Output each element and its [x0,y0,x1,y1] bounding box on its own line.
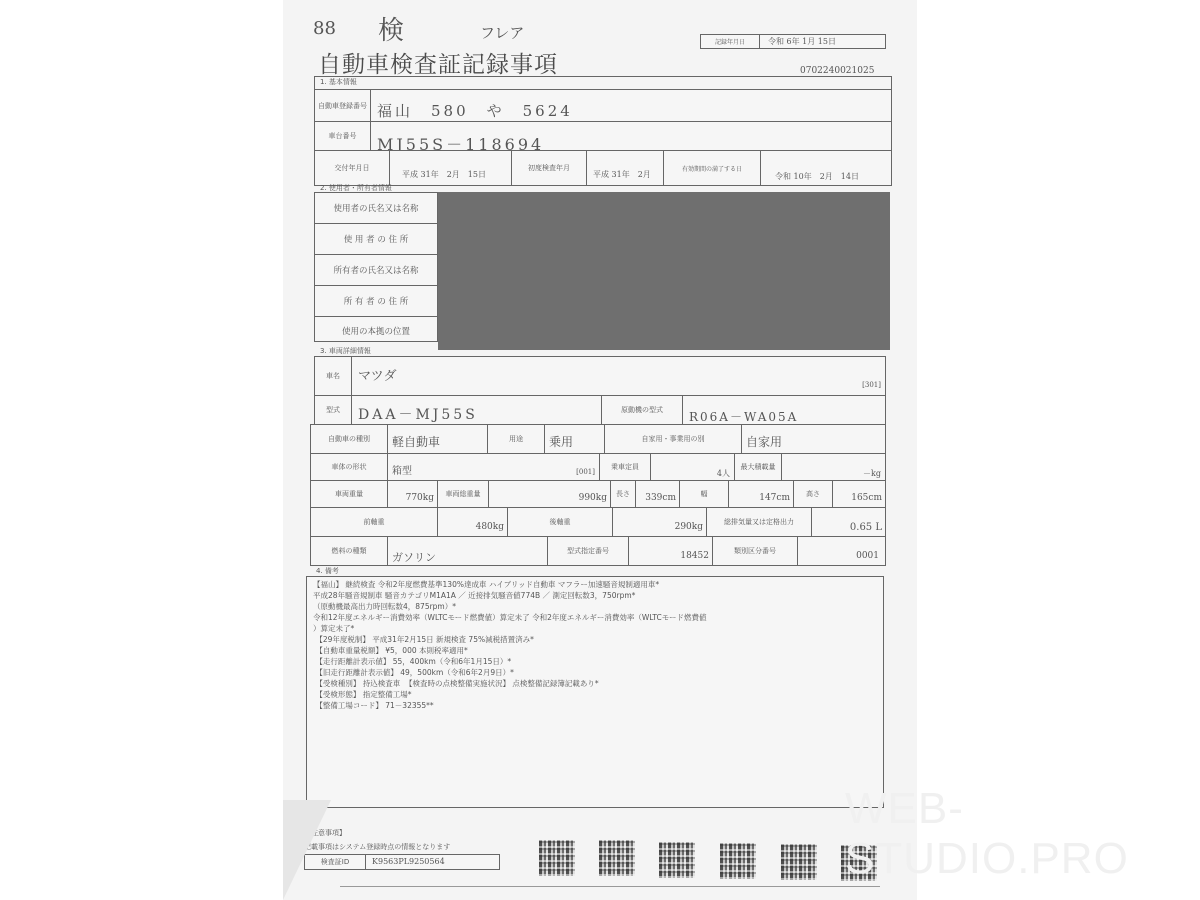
body-shape-code: [001] [576,468,595,476]
max-load-label: 最大積載量 [735,454,782,480]
type-approval-label: 型式指定番号 [548,537,629,565]
height-value: 165cm [833,481,885,507]
owner-name-label: 所有者の氏名又は名称 [315,255,437,286]
vehicle-kind-value: 軽自動車 [388,425,488,453]
remark-line: 令和12年度エネルギー消費効率（WLTCモード燃費値）算定未了 令和2年度エネル… [313,612,877,623]
weight-value: 770kg [388,481,438,507]
qr-code-2 [599,840,635,876]
remark-line: 【自動車重量税額】 ¥5，000 本則税率適用* [313,645,877,656]
category-label: 類別区分番号 [713,537,798,565]
make-code: [301] [862,357,885,395]
use-label: 用途 [488,425,545,453]
height-label: 高さ [794,481,833,507]
watermark: WEB-STUDIO.PRO [845,784,1200,884]
issue-date-label: 交付年月日 [315,151,390,185]
expiry-value: 令和 10年 2月 14日 [761,151,891,185]
section-vehicle-info: 3. 車両詳細情報 [316,346,371,356]
certificate-id-value: K9563PL9250564 [366,855,499,869]
body-shape-cell: 箱型 [001] [388,454,600,480]
make-row: 車名 マツダ [301] [314,356,886,396]
category-value: 0001 [798,537,885,565]
fuel-value: ガソリン [388,537,548,565]
model-label: 型式 [315,396,352,424]
model-row: 型式 DAA－MJ55S 原動機の型式 R06A－WA05A [314,395,886,425]
rear-axle-label: 後軸重 [508,508,613,536]
rear-axle-value: 290kg [613,508,707,536]
remark-line: 【整備工場コード】 71－32355** [313,700,877,711]
engine-type-value: R06A－WA05A [683,396,885,424]
capacity-value: 4人 [651,454,735,480]
fuel-label: 燃料の種類 [311,537,388,565]
body-row: 車体の形状 箱型 [001] 乗車定員 4人 最大積載量 －kg [310,453,886,481]
remark-line: 【29年度税制】 平成31年2月15日 新規検査 75%減税措置済み* [313,634,877,645]
handwritten-model: フレア [480,22,524,43]
remark-line: 【走行距離計表示値】 55，400km（令和6年1月15日）* [313,656,877,667]
page-title: 自動車検査証記録事項 [318,46,558,79]
first-registration-label: 初度検査年月 [512,151,587,185]
max-load-value: －kg [782,454,885,480]
body-shape-label: 車体の形状 [311,454,388,480]
length-label: 長さ [611,481,636,507]
displacement-value: 0.65 L [812,508,885,536]
footer-divider [340,886,880,887]
remark-line: 【受検種別】 持込検査車 【検査時の点検整備実施状況】 点検整備記録簿記載あり* [313,678,877,689]
length-value: 339cm [636,481,680,507]
chassis-value: MJ55S－118694 [371,122,544,150]
body-shape-value: 箱型 [392,466,412,477]
owner-address-label: 所 有 者 の 住 所 [315,286,437,317]
section-basic-info: 1. 基本情報 [316,77,357,87]
engine-type-label: 原動機の型式 [602,396,683,424]
qr-code-4 [720,843,756,879]
displacement-label: 総排気量又は定格出力 [707,508,812,536]
remark-line: 【受検形態】 指定整備工場* [313,689,877,700]
chassis-row: 車台番号 MJ55S－118694 [314,121,892,151]
make-value: マツダ [352,357,862,395]
remark-line: 平成28年騒音規制車 騒音カテゴリM1A1A ／ 近接排気騒音値774B ／ 測… [313,590,877,601]
qr-code-1 [539,840,575,876]
gross-weight-label: 車両総重量 [438,481,489,507]
use-value: 乗用 [545,425,605,453]
folded-corner [283,800,331,900]
width-label: 幅 [680,481,729,507]
remark-line: 【福山】 継続検査 令和2年度燃費基準130%達成車 ハイブリッド自動車 マフラ… [313,579,877,590]
user-address-label: 使 用 者 の 住 所 [315,224,437,255]
document-number: 0702240021025 [800,66,874,76]
weight-label: 車両重量 [311,481,388,507]
model-value: DAA－MJ55S [352,396,602,424]
record-date-box: 記録年月日 令和 6年 1月 15日 [700,34,886,49]
remark-line: 【旧走行距離計表示値】 49，500km（令和6年2月9日）* [313,667,877,678]
remark-line: ）算定未了* [313,623,877,634]
gross-weight-value: 990kg [489,481,611,507]
base-location-label: 使用の本拠の位置 [315,317,437,345]
first-registration-value: 平成 31年 2月 [587,151,664,185]
qr-code-5 [781,844,817,880]
record-date-value: 令和 6年 1月 15日 [760,35,885,48]
plate-row: 自動車登録番号 福山 580 や 5624 [314,89,892,122]
private-business-label: 自家用・事業用の別 [605,425,742,453]
fuel-row: 燃料の種類 ガソリン 型式指定番号 18452 類別区分番号 0001 [310,536,886,566]
dimensions-row: 車両重量 770kg 車両総重量 990kg 長さ 339cm 幅 147cm … [310,480,886,508]
vehicle-kind-label: 自動車の種別 [311,425,388,453]
front-axle-label: 前軸重 [311,508,438,536]
expiry-label: 有効期間の満了する日 [664,151,761,185]
plate-value: 福山 580 や 5624 [371,90,573,121]
front-axle-value: 480kg [438,508,508,536]
user-name-label: 使用者の氏名又は名称 [315,193,437,224]
record-date-label: 記録年月日 [701,35,760,48]
redacted-owner-info [438,192,890,350]
dates-row: 交付年月日 平成 31年 2月 15日 初度検査年月 平成 31年 2月 有効期… [314,150,892,186]
owner-labels: 使用者の氏名又は名称 使 用 者 の 住 所 所有者の氏名又は名称 所 有 者 … [314,192,438,342]
width-value: 147cm [729,481,794,507]
certificate-id-box: 検査証ID K9563PL9250564 [304,854,500,870]
chassis-label: 車台番号 [315,122,371,150]
private-business-value: 自家用 [742,425,885,453]
plate-label: 自動車登録番号 [315,90,371,121]
capacity-label: 乗車定員 [600,454,651,480]
type-approval-value: 18452 [629,537,713,565]
kind-row: 自動車の種別 軽自動車 用途 乗用 自家用・事業用の別 自家用 [310,424,886,454]
make-label: 車名 [315,357,352,395]
section-remarks: 4. 備考 [312,566,339,576]
remark-line: （原動機最高出力時回転数4，875rpm）* [313,601,877,612]
axle-row: 前軸重 480kg 後軸重 290kg 総排気量又は定格出力 0.65 L [310,507,886,537]
remarks-box: 【福山】 継続検査 令和2年度燃費基準130%達成車 ハイブリッド自動車 マフラ… [306,576,884,808]
issue-date-value: 平成 31年 2月 15日 [390,151,512,185]
qr-code-3 [659,842,695,878]
handwritten-number: 88 [313,18,336,39]
handwritten-kanji: 検 [378,10,404,47]
